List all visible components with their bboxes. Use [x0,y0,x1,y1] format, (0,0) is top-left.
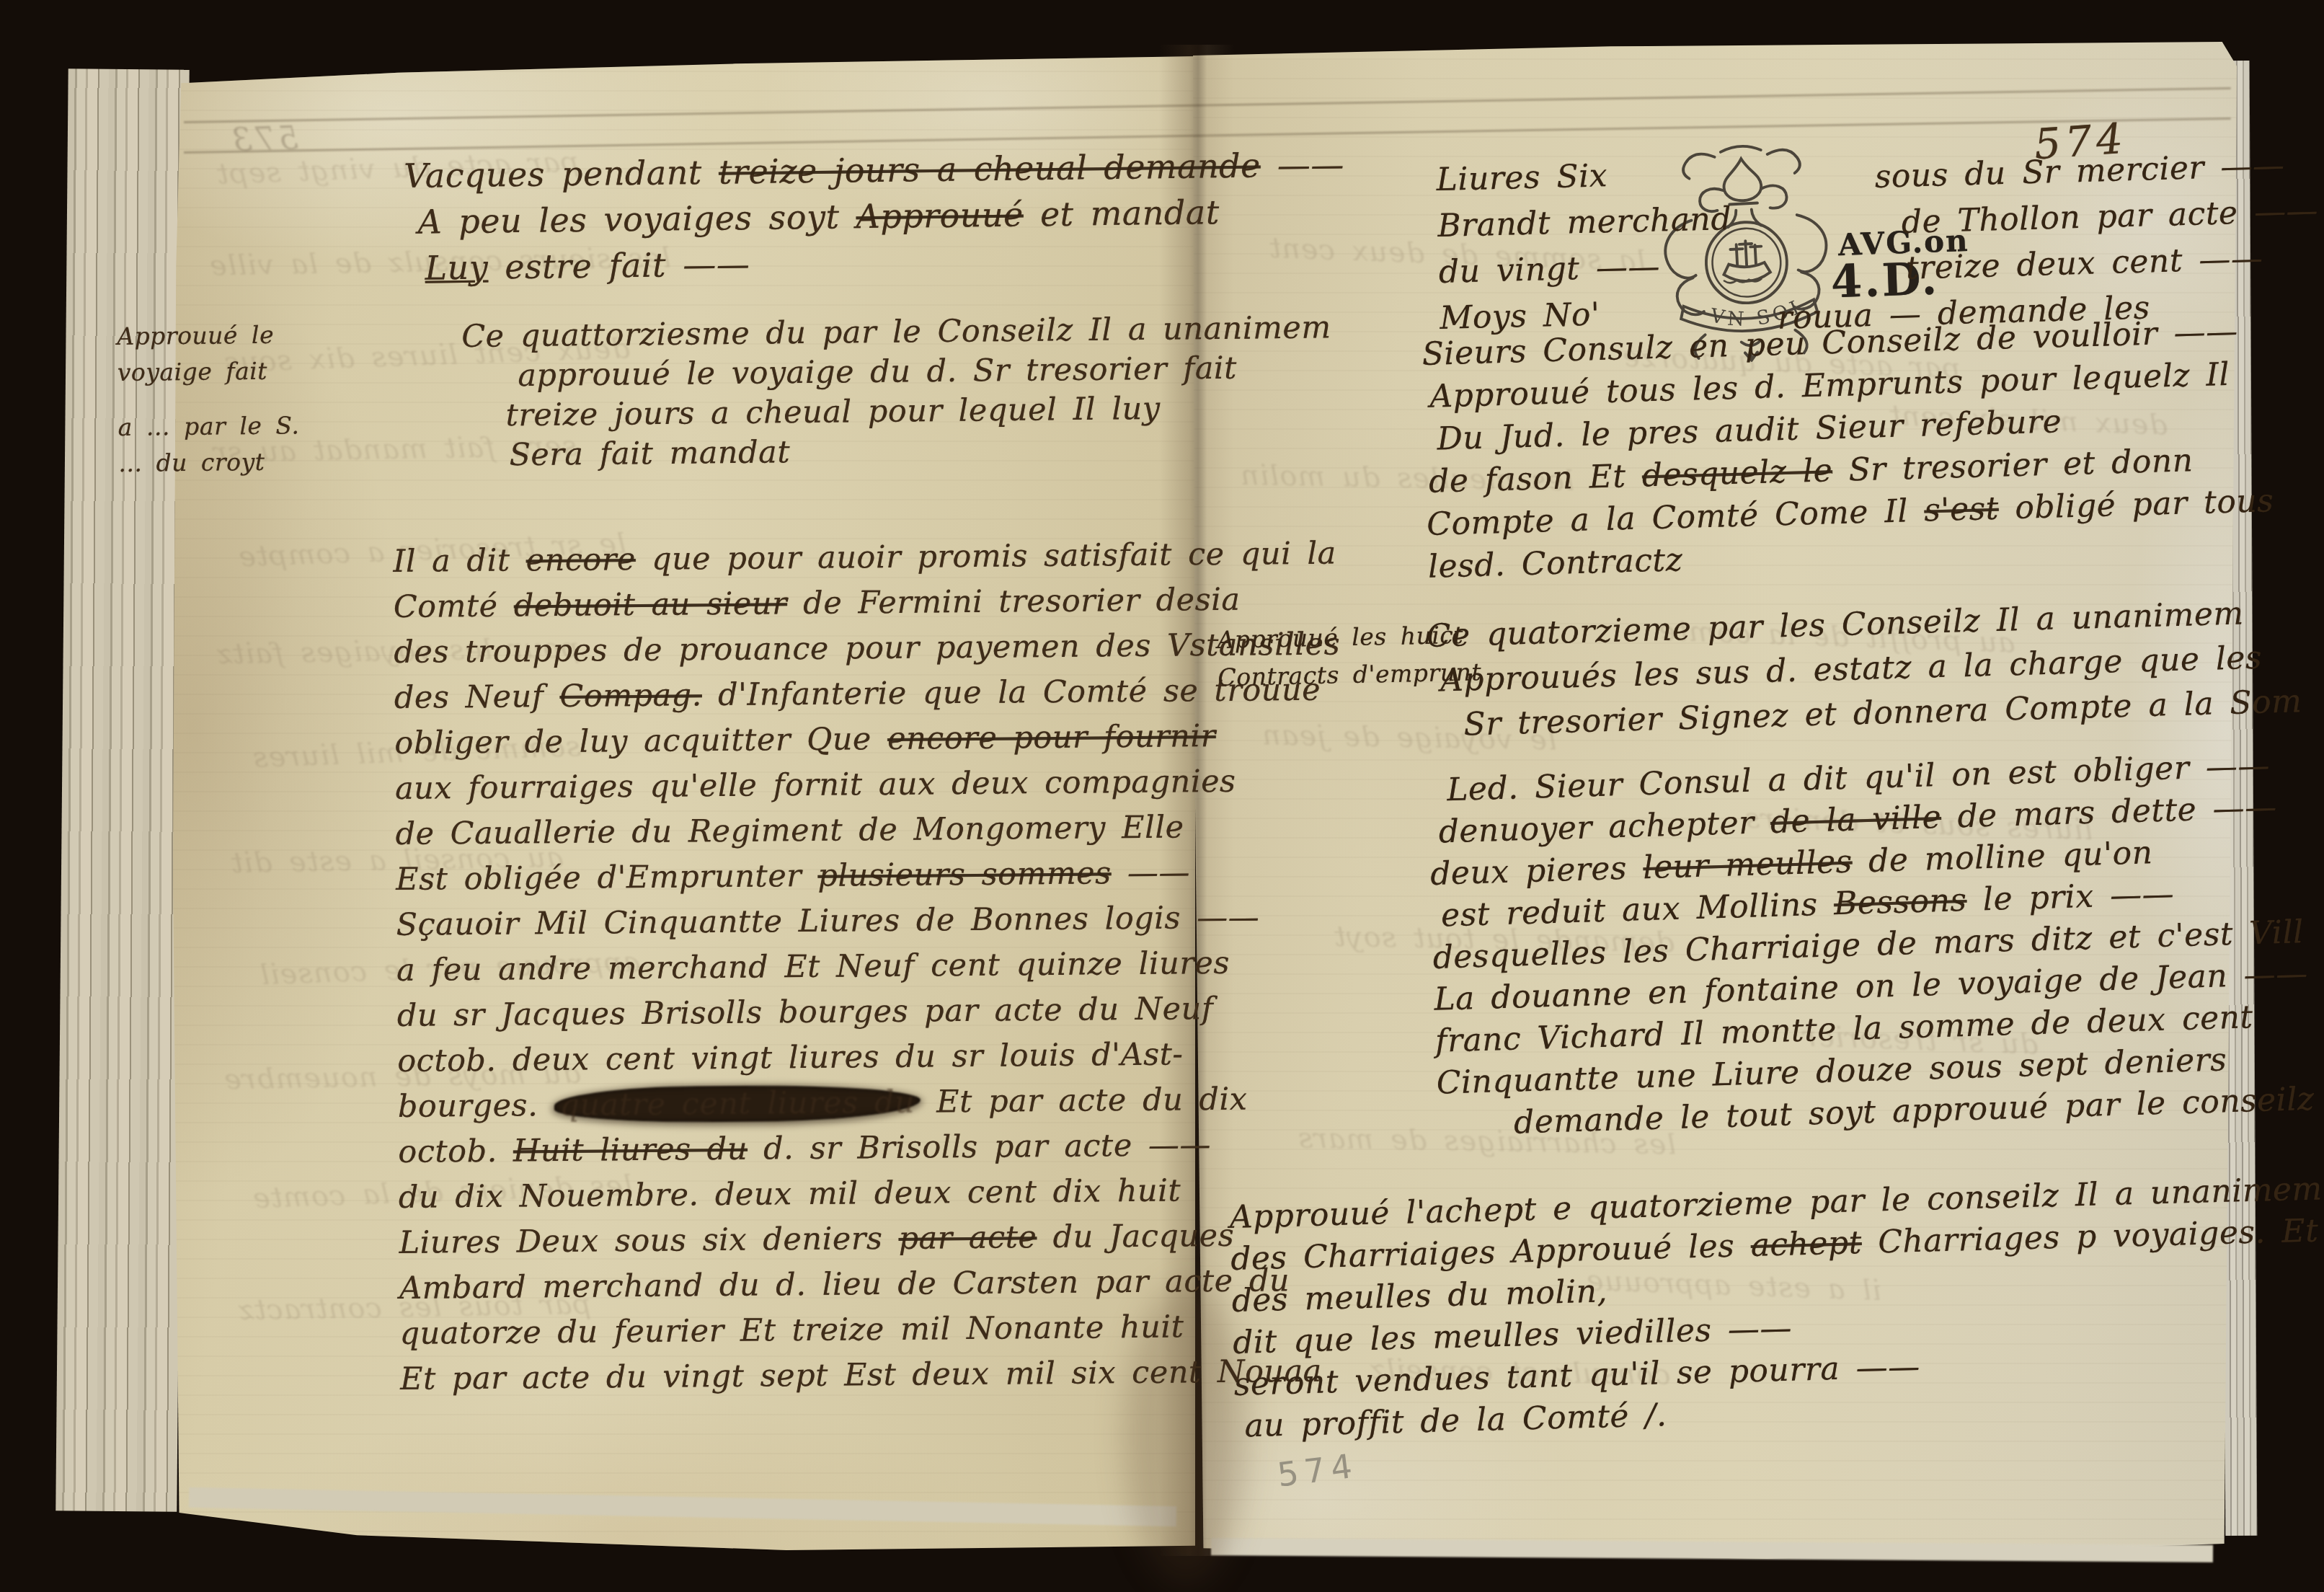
struck-text: treize jours a cheual demande [719,146,1261,191]
manuscript-line: Il a dit encore que pour auoir promis sa… [393,531,1339,585]
bleedthrough-folio-number: 573 [229,120,299,159]
struck-text: Bessons [1833,882,1967,922]
manuscript-line: bourges. quatre cent liures du Et par ac… [398,1076,1344,1130]
manuscript-line: … du croyt [118,443,386,482]
manuscript-line: Liures Deux sous six deniers par acte du… [399,1213,1345,1266]
left-body-block: Il a dit encore que pour auoir promis sa… [393,531,1347,1402]
manuscript-line: du vingt —— [1438,242,1733,296]
manuscript-line: a … par le S. [117,407,385,446]
manuscript-line: quatorze du feurier Et treize mil Nonant… [399,1304,1346,1357]
left-resolution-block: Ce quattorziesme du par le Conseilz Il a… [461,308,1333,476]
struck-text: Approuué [856,195,1024,236]
text-span: Luy [425,248,488,288]
struck-text: encore [525,541,636,578]
manuscript-line: du sr Jacques Brisolls bourges par acte … [396,986,1343,1039]
manuscript-line: Comté debuoit au sieur de Fermini tresor… [394,577,1340,630]
manuscript-line: Brandt merchand [1437,196,1732,249]
struck-text: plusieurs sommes [817,855,1112,894]
struck-text: s'est [1924,490,2000,529]
manuscript-line: a feu andre merchand Et Neuf cent quinze… [396,940,1343,994]
left-opening-block: Vacques pendant treize jours a cheual de… [404,141,1346,291]
page-stack-edges-left [56,68,189,1511]
left-margin-note: Approuué levoyaige faita … par le S.… du… [117,316,385,482]
manuscript-line: Liures Six [1436,150,1731,203]
manuscript-line: Approuué le [117,316,384,355]
manuscript-line: octob. Huit liures du d. sr Brisolls par… [398,1122,1344,1175]
manuscript-line: voyaige fait [117,352,385,391]
right-upper-block: Sieurs Consulz en peu Conseilz de voullo… [1422,309,2276,588]
struck-text: desquelz le [1641,452,1833,494]
struck-text: leur meulles [1643,844,1853,887]
manuscript-line: Est obligée d'Emprunter plusieurs sommes… [396,849,1342,903]
manuscript-line: des trouppes de prouance pour payemen de… [394,622,1340,676]
right-closing-block: Approuué l'achept e quatorzieme par le c… [1229,1167,2324,1448]
ink-folio-number: 574 [2033,114,2129,169]
manuscript-line: octob. deux cent vingt liures du sr loui… [397,1031,1344,1084]
struck-text: debuoit au sieur [514,585,788,624]
manuscript-line: obliger de luy acquitter Que encore pour… [394,713,1341,766]
manuscript-line: Ambard merchand du d. lieu de Carsten pa… [399,1258,1346,1312]
struck-text: achept [1750,1224,1862,1264]
manuscript-photo: par acte du vingt septles sieurs consulz… [0,0,2324,1592]
manuscript-line: de Cauallerie du Regiment de Mongomery E… [395,804,1341,857]
right-mid-block: Led. Sieur Consul a dit qu'il on est obl… [1427,744,2315,1146]
struck-text: par acte [898,1219,1037,1257]
manuscript-line: du dix Nouembre. deux mil deux cent dix … [399,1167,1345,1221]
struck-text: Compag. [559,677,702,715]
manuscript-line: des Neuf Compag. d'Infanterie que la Com… [394,668,1341,721]
struck-text: de la ville [1770,799,1942,841]
ink-blot: quatre cent liures du [554,1084,921,1123]
manuscript-line: Et par acte du vingt sept Est deux mil s… [400,1349,1347,1402]
right-head-left-column: Liures SixBrandt merchanddu vingt ——Moys… [1436,150,1734,342]
right-approval-block: Ce quatorzieme par les Conseilz Il a una… [1426,590,2302,748]
manuscript-line: aux fourraiges qu'elle fornit aux deux c… [395,759,1341,812]
struck-text: Huit liures du [513,1131,748,1169]
struck-text: encore pour fournir [887,718,1216,757]
manuscript-line: Sçauoir Mil Cinquantte Liures de Bonnes … [396,895,1342,948]
